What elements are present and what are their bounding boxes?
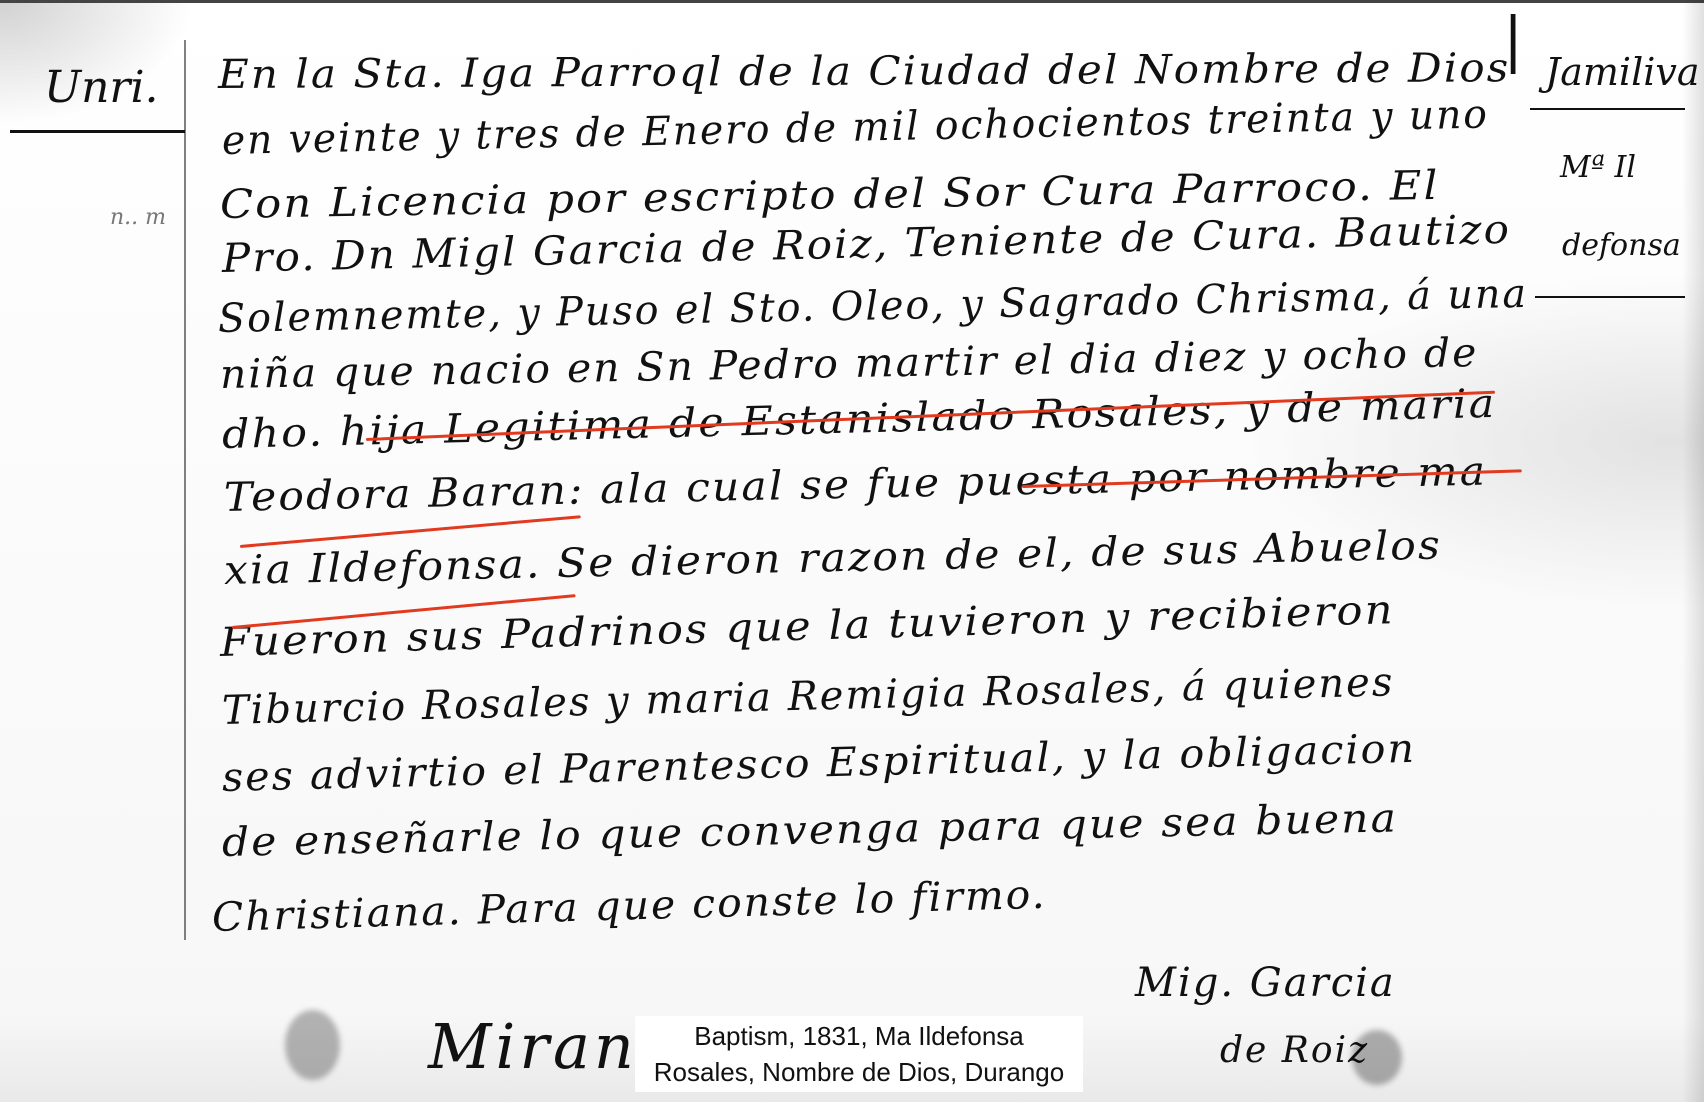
ink-flourish-right (1352, 1030, 1402, 1085)
margin-entry-underline (10, 130, 185, 133)
margin-right-note-line1: Mª Il (1560, 150, 1636, 185)
record-line-13: de enseñarle lo que convenga para que se… (222, 795, 1399, 866)
record-line-14: Christiana. Para que conste lo firmo. (211, 872, 1047, 941)
record-line-12: ses advirtio el Parentesco Espiritual, y… (221, 726, 1416, 801)
page-right-shadow (1682, 0, 1704, 1102)
ink-flourish-left (285, 1010, 340, 1080)
record-line-1: En la Sta. Iga Parroql de la Ciudad del … (218, 45, 1511, 98)
signature-right-surname: de Roiz (1220, 1030, 1369, 1071)
caption-line-1: Baptism, 1831, Ma Ildefonsa (635, 1018, 1083, 1054)
margin-right-note-underline (1535, 296, 1685, 298)
record-line-11: Tiburcio Rosales y maria Remigia Rosales… (221, 659, 1394, 734)
record-line-2: en veinte y tres de Enero de mil ochocie… (222, 91, 1490, 164)
margin-right-note-line2: defonsa (1562, 228, 1681, 263)
margin-right-heading-underline (1530, 108, 1685, 110)
record-line-10: Fueron sus Padrinos que la tuvieron y re… (219, 587, 1395, 666)
signature-right-name: Mig. Garcia (1135, 960, 1396, 1006)
record-line-8: Teodora Baran: ala cual se fue puesta po… (224, 449, 1488, 521)
signature-left: Miran (428, 1010, 638, 1083)
margin-faint-marks: n.. m (110, 205, 166, 230)
scanned-document-page: Unri. n.. m Jamiliva | Mª Il defonsa En … (0, 0, 1704, 1102)
page-top-edge (0, 0, 1704, 3)
record-line-5: Solemnemte, y Puso el Sto. Oleo, y Sagra… (218, 271, 1529, 342)
margin-entry-label: Unri. (44, 62, 159, 113)
margin-right-heading: Jamiliva (1545, 50, 1700, 94)
caption-line-2: Rosales, Nombre de Dios, Durango (635, 1054, 1083, 1090)
left-margin-rule (184, 40, 186, 940)
image-caption: Baptism, 1831, Ma Ildefonsa Rosales, Nom… (635, 1016, 1083, 1092)
